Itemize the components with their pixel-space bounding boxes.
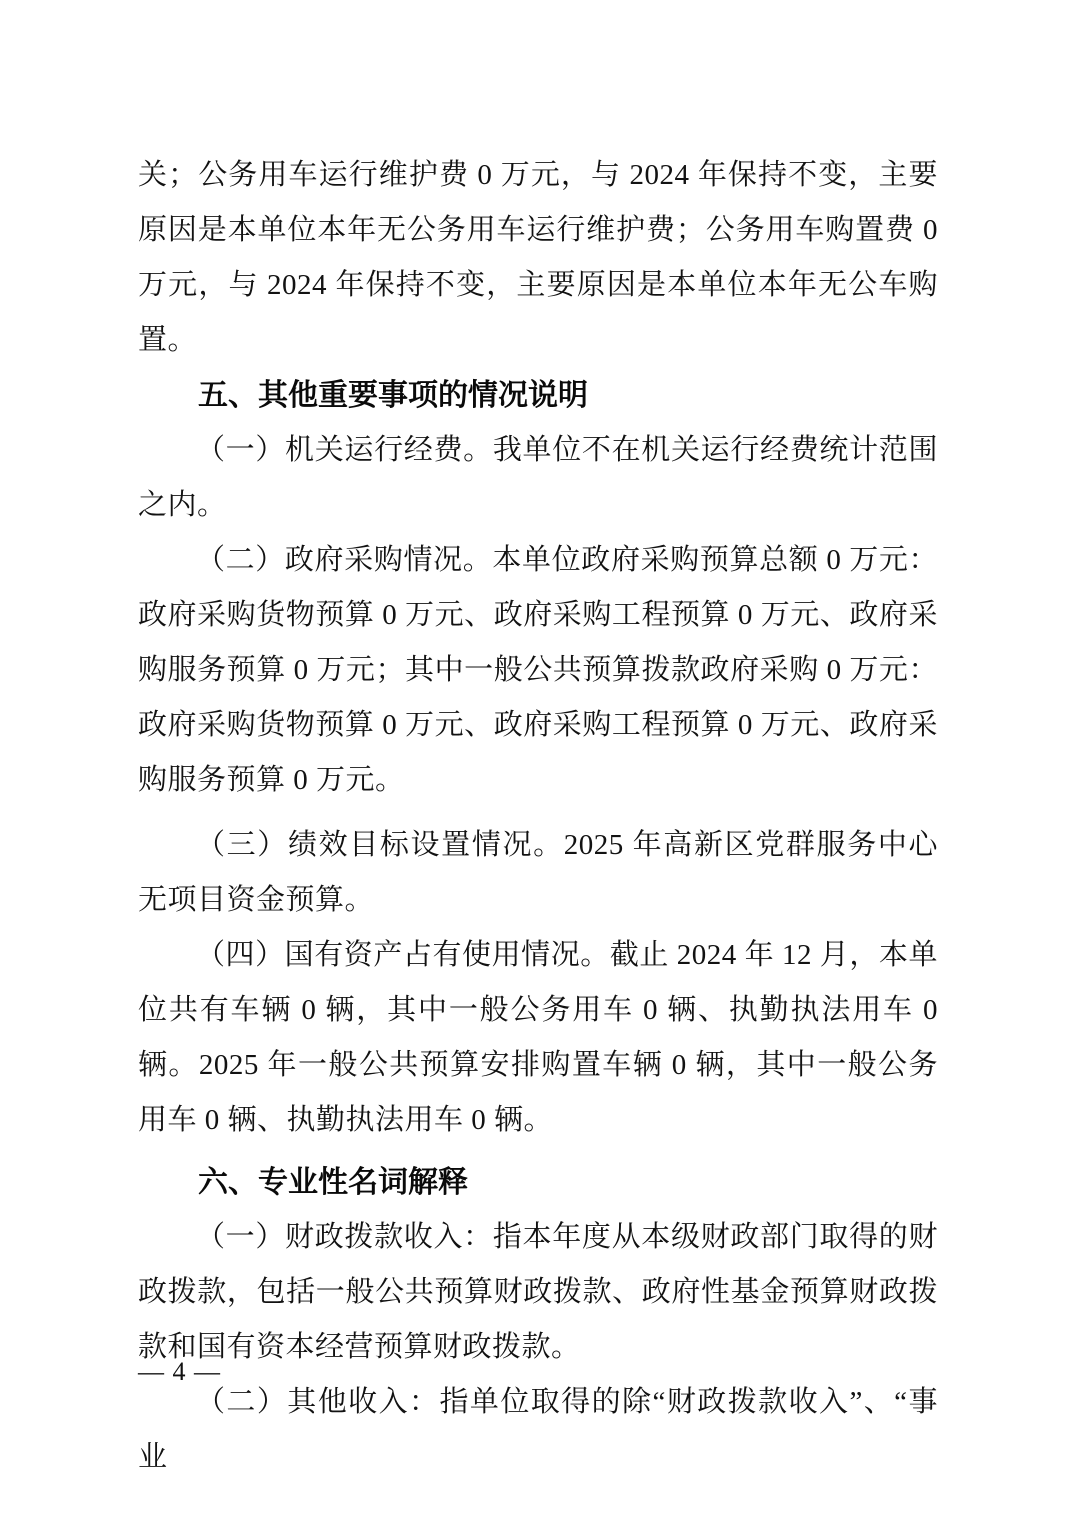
paragraph-vehicle-maintenance-continuation: 关；公务用车运行维护费 0 万元，与 2024 年保持不变，主要原因是本单位本年…	[138, 148, 938, 368]
heading-section-5-other-important-matters: 五、其他重要事项的情况说明	[138, 368, 938, 423]
page-number: — 4 —	[138, 1352, 221, 1392]
document-page: 关；公务用车运行维护费 0 万元，与 2024 年保持不变，主要原因是本单位本年…	[0, 0, 1074, 1520]
paragraph-performance-targets: （三）绩效目标设置情况。2025 年高新区党群服务中心无项目资金预算。	[138, 818, 938, 928]
paragraph-state-owned-assets: （四）国有资产占有使用情况。截止 2024 年 12 月，本单位共有车辆 0 辆…	[138, 928, 938, 1148]
paragraph-fiscal-appropriation-income: （一）财政拨款收入：指本年度从本级财政部门取得的财政拨款，包括一般公共预算财政拨…	[138, 1210, 938, 1375]
document-body: 关；公务用车运行维护费 0 万元，与 2024 年保持不变，主要原因是本单位本年…	[138, 148, 938, 1485]
paragraph-agency-operating-funds: （一）机关运行经费。我单位不在机关运行经费统计范围之内。	[138, 423, 938, 533]
paragraph-other-income-truncated: （二）其他收入：指单位取得的除“财政拨款收入”、“事业	[138, 1375, 938, 1485]
heading-section-6-terminology: 六、专业性名词解释	[138, 1155, 938, 1210]
paragraph-government-procurement: （二）政府采购情况。本单位政府采购预算总额 0 万元：政府采购货物预算 0 万元…	[138, 533, 938, 808]
